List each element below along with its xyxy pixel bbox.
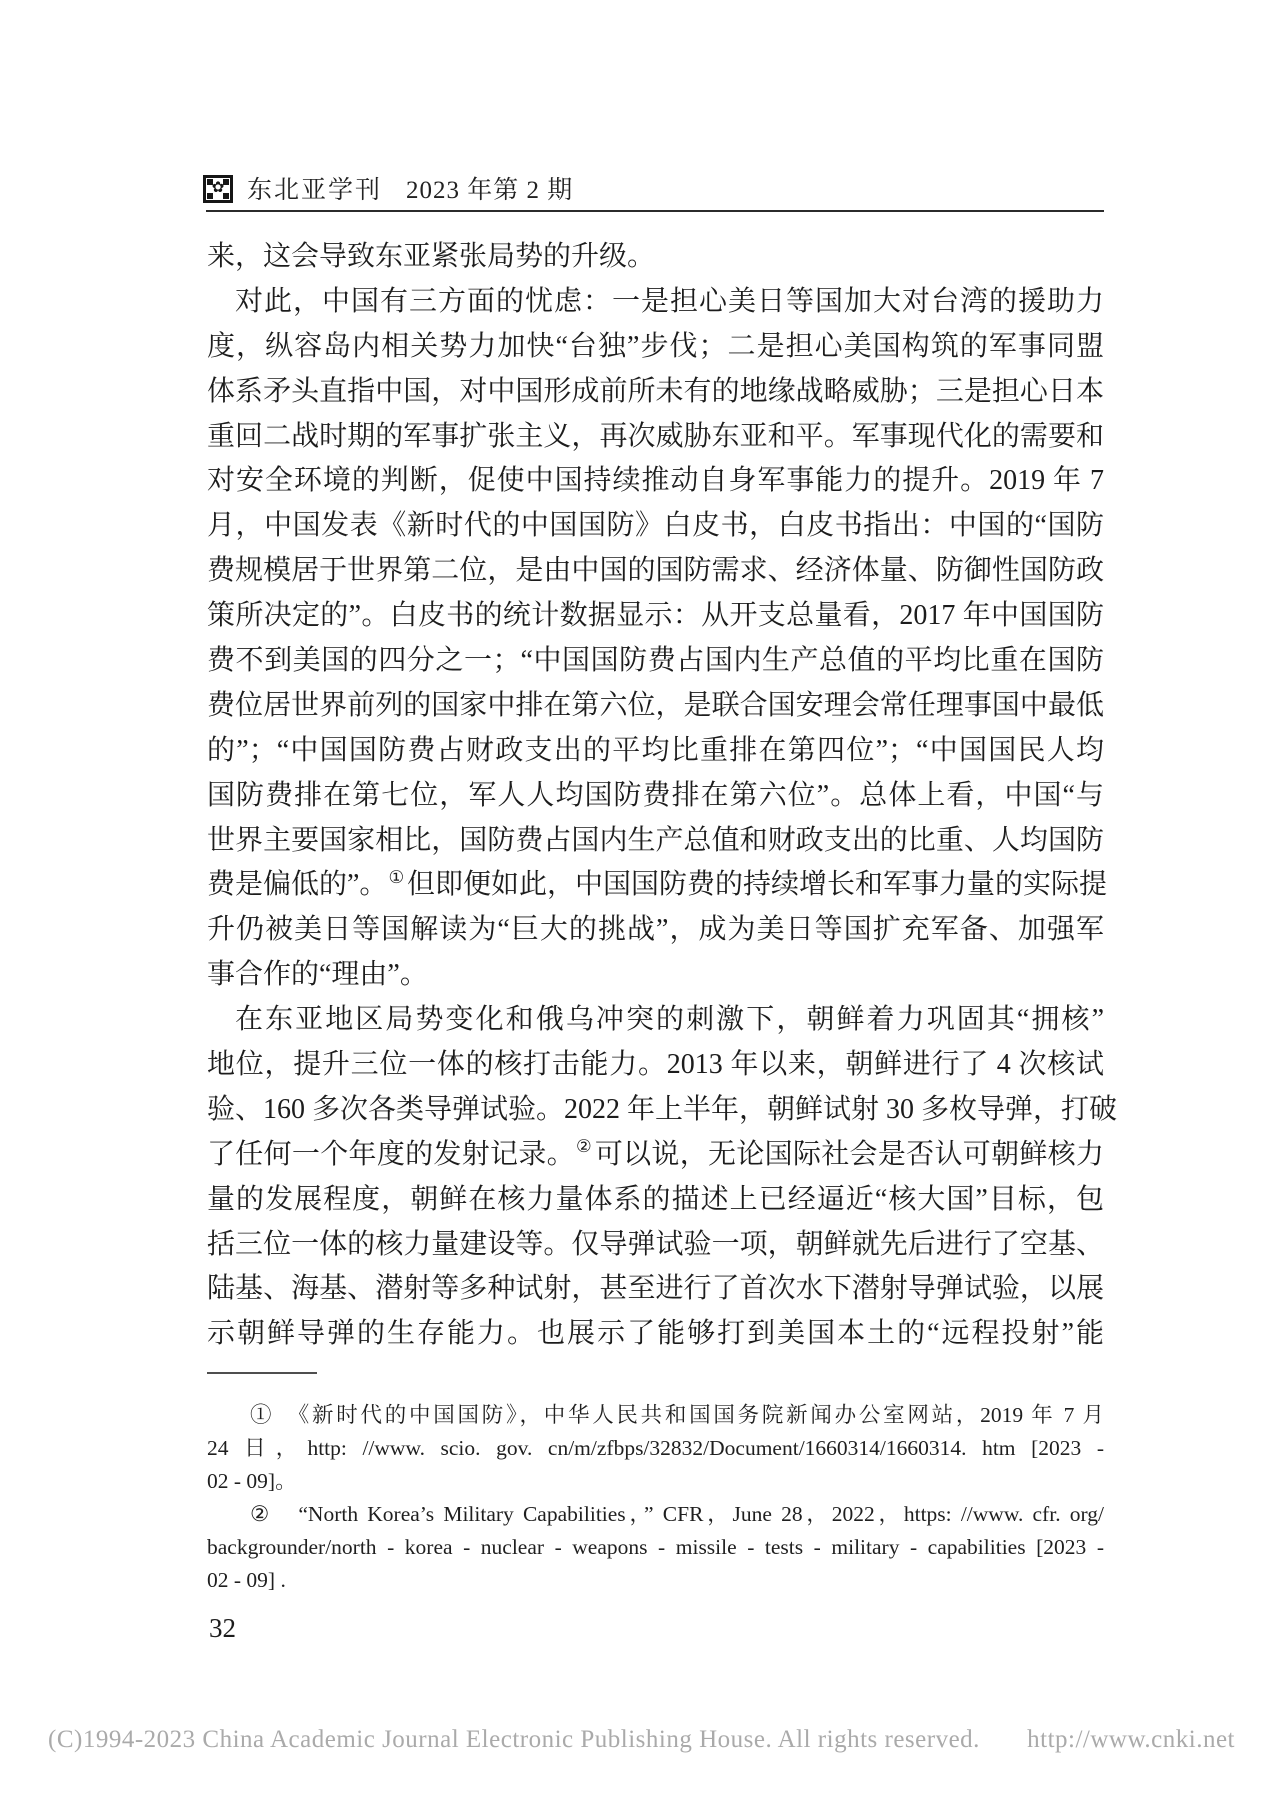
body-line: 月，中国发表《新时代的中国国防》白皮书，白皮书指出：中国的“国防 — [207, 504, 1104, 549]
body-line: 费是偏低的”。①但即便如此，中国国防费的持续增长和军事力量的实际提 — [207, 863, 1104, 908]
footnote-line: 02 - 09]。 — [207, 1465, 1104, 1498]
footnote-line: backgrounder/north - korea - nuclear - w… — [207, 1531, 1104, 1564]
cnki-copyright-bar: (C)1994-2023 China Academic Journal Elec… — [48, 1726, 1235, 1754]
article-body: 来，这会导致东亚紧张局势的升级。 对此，中国有三方面的忧虑：一是担心美日等国加大… — [207, 235, 1104, 1357]
body-line: 地位，提升三位一体的核打击能力。2013 年以来，朝鲜进行了 4 次核试 — [207, 1043, 1104, 1088]
footnote-line: 02 - 09] . — [207, 1564, 1104, 1597]
body-line: 世界主要国家相比，国防费占国内生产总值和财政支出的比重、人均国防 — [207, 819, 1104, 864]
body-line: 括三位一体的核力量建设等。仅导弹试验一项，朝鲜就先后进行了空基、 — [207, 1223, 1104, 1268]
body-line: 国防费排在第七位，军人人均国防费排在第六位”。总体上看，中国“与 — [207, 774, 1104, 819]
cnki-url: http://www.cnki.net — [1027, 1726, 1235, 1754]
page-number: 32 — [209, 1612, 236, 1644]
body-text-segment: 费是偏低的”。 — [207, 869, 387, 900]
footnote-ref-2: ② — [576, 1137, 592, 1156]
body-line: 来，这会导致东亚紧张局势的升级。 — [207, 235, 1104, 280]
body-line: 了任何一个年度的发射记录。②可以说，无论国际社会是否认可朝鲜核力 — [207, 1133, 1104, 1178]
body-line: 对此，中国有三方面的忧虑：一是担心美日等国加大对台湾的援助力 — [207, 280, 1104, 325]
body-line: 事合作的“理由”。 — [207, 953, 1104, 998]
body-line: 在东亚地区局势变化和俄乌冲突的刺激下，朝鲜着力巩固其“拥核” — [207, 998, 1104, 1043]
body-line: 验、160 多次各类导弹试验。2022 年上半年，朝鲜试射 30 多枚导弹，打破 — [207, 1088, 1104, 1133]
footnote-ref-1: ① — [388, 868, 404, 887]
journal-seal-flower-icon: ✿ — [203, 175, 233, 203]
footnote-separator — [207, 1372, 317, 1374]
journal-issue: 2023 年第 2 期 — [406, 177, 573, 204]
body-line: 费规模居于世界第二位，是由中国的国防需求、经济体量、防御性国防政 — [207, 549, 1104, 594]
body-text-segment: 但即便如此，中国国防费的持续增长和军事力量的实际提 — [407, 869, 1107, 900]
body-text-segment: 可以说，无论国际社会是否认可朝鲜核力 — [595, 1139, 1104, 1170]
body-line: 量的发展程度，朝鲜在核力量体系的描述上已经逼近“核大国”目标，包 — [207, 1178, 1104, 1223]
body-line: 陆基、海基、潜射等多种试射，甚至进行了首次水下潜射导弹试验，以展 — [207, 1267, 1104, 1312]
body-line: 费不到美国的四分之一；“中国国防费占国内生产总值的平均比重在国防 — [207, 639, 1104, 684]
footnote-line: ① 《新时代的中国国防》，中华人民共和国国务院新闻办公室网站，2019 年 7 … — [207, 1399, 1104, 1432]
body-line: 升仍被美日等国解读为“巨大的挑战”，成为美日等国扩充军备、加强军 — [207, 908, 1104, 953]
journal-page: ✿ 东北亚学刊2023 年第 2 期 来，这会导致东亚紧张局势的升级。 对此，中… — [0, 0, 1279, 1797]
journal-title: 东北亚学刊 — [247, 177, 382, 204]
body-line: 费位居世界前列的国家中排在第六位，是联合国安理会常任理事国中最低 — [207, 684, 1104, 729]
body-line: 对安全环境的判断，促使中国持续推动自身军事能力的提升。2019 年 7 — [207, 459, 1104, 504]
body-line: 示朝鲜导弹的生存能力。也展示了能够打到美国本土的“远程投射”能 — [207, 1312, 1104, 1357]
body-line: 策所决定的”。白皮书的统计数据显示：从开支总量看，2017 年中国国防 — [207, 594, 1104, 639]
body-line: 度，纵容岛内相关势力加快“台独”步伐；二是担心美国构筑的军事同盟 — [207, 325, 1104, 370]
footnote-line: 24 日，http: //www. scio. gov. cn/m/zfbps/… — [207, 1432, 1104, 1465]
body-line: 体系矛头直指中国，对中国形成前所未有的地缘战略威胁；三是担心日本 — [207, 370, 1104, 415]
footnotes: ① 《新时代的中国国防》，中华人民共和国国务院新闻办公室网站，2019 年 7 … — [207, 1399, 1104, 1597]
flower-glyph: ✿ — [212, 181, 225, 196]
body-text-segment: 了任何一个年度的发射记录。 — [207, 1139, 575, 1170]
body-line: 的”；“中国国防费占财政支出的平均比重排在第四位”；“中国国民人均 — [207, 729, 1104, 774]
header-rule — [206, 210, 1104, 212]
copyright-text: (C)1994-2023 China Academic Journal Elec… — [48, 1726, 980, 1754]
footnote-line: ② “North Korea’s Military Capabilities，”… — [207, 1498, 1104, 1531]
journal-header: 东北亚学刊2023 年第 2 期 — [247, 177, 573, 205]
body-line: 重回二战时期的军事扩张主义，再次威胁东亚和平。军事现代化的需要和 — [207, 415, 1104, 460]
